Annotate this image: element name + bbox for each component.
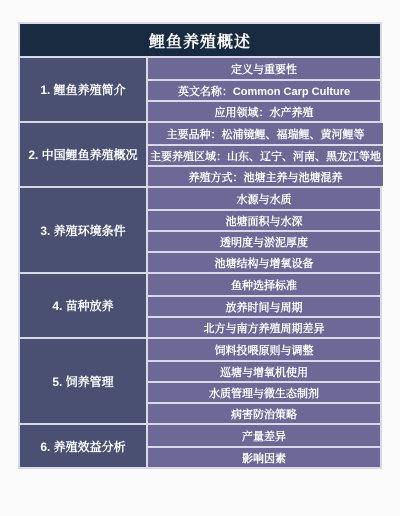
- detail-cell: 英文名称：Common Carp Culture: [148, 79, 380, 100]
- detail-rows: 定义与重要性 英文名称：Common Carp Culture 应用领域：水产养…: [148, 58, 380, 121]
- detail-cell: 主要养殖区域：山东、辽宁、河南、黑龙江等地: [148, 144, 383, 165]
- detail-cell: 鱼种选择标准: [148, 274, 380, 295]
- section-label: 1. 鲤鱼养殖简介: [20, 58, 148, 121]
- outline-table: 鲤鱼养殖概述 1. 鲤鱼养殖简介 定义与重要性 英文名称：Common Carp…: [18, 22, 382, 469]
- detail-cell: 主要品种：松浦镜鲤、福瑞鲤、黄河鲤等: [148, 123, 383, 144]
- detail-cell: 养殖方式：池塘主养与池塘混养: [148, 165, 383, 186]
- detail-cell: 放养时间与周期: [148, 295, 380, 316]
- detail-cell: 水源与水质: [148, 188, 380, 209]
- detail-rows: 水源与水质 池塘面积与水深 透明度与淤泥厚度 池塘结构与增氧设备: [148, 188, 380, 272]
- section-label: 6. 养殖效益分析: [20, 425, 148, 467]
- detail-cell: 影响因素: [148, 446, 380, 467]
- detail-cell: 产量差异: [148, 425, 380, 446]
- detail-cell: 饲料投喂原则与调整: [148, 339, 380, 360]
- detail-rows: 鱼种选择标准 放养时间与周期 北方与南方养殖周期差异: [148, 274, 380, 337]
- detail-cell: 应用领域：水产养殖: [148, 100, 380, 121]
- detail-cell: 定义与重要性: [148, 58, 380, 79]
- section-feeding-management: 5. 饲养管理 饲料投喂原则与调整 巡塘与增氧机使用 水质管理与微生态制剂 病害…: [20, 337, 380, 423]
- detail-rows: 产量差异 影响因素: [148, 425, 380, 467]
- table-title: 鲤鱼养殖概述: [20, 24, 380, 56]
- detail-cell: 病害防治策略: [148, 402, 380, 423]
- section-label: 5. 饲养管理: [20, 339, 148, 423]
- detail-rows: 主要品种：松浦镜鲤、福瑞鲤、黄河鲤等 主要养殖区域：山东、辽宁、河南、黑龙江等地…: [148, 123, 383, 186]
- section-label: 3. 养殖环境条件: [20, 188, 148, 272]
- detail-cell: 池塘面积与水深: [148, 209, 380, 230]
- detail-cell: 透明度与淤泥厚度: [148, 230, 380, 251]
- detail-cell: 水质管理与微生态制剂: [148, 381, 380, 402]
- detail-cell: 北方与南方养殖周期差异: [148, 316, 380, 337]
- section-label: 4. 苗种放养: [20, 274, 148, 337]
- section-introduction: 1. 鲤鱼养殖简介 定义与重要性 英文名称：Common Carp Cultur…: [20, 56, 380, 121]
- detail-cell: 池塘结构与增氧设备: [148, 251, 380, 272]
- section-environment: 3. 养殖环境条件 水源与水质 池塘面积与水深 透明度与淤泥厚度 池塘结构与增氧…: [20, 186, 380, 272]
- detail-cell: 巡塘与增氧机使用: [148, 360, 380, 381]
- detail-rows: 饲料投喂原则与调整 巡塘与增氧机使用 水质管理与微生态制剂 病害防治策略: [148, 339, 380, 423]
- section-china-overview: 2. 中国鲤鱼养殖概况 主要品种：松浦镜鲤、福瑞鲤、黄河鲤等 主要养殖区域：山东…: [20, 121, 380, 186]
- section-benefit-analysis: 6. 养殖效益分析 产量差异 影响因素: [20, 423, 380, 467]
- section-label: 2. 中国鲤鱼养殖概况: [20, 123, 148, 186]
- section-stocking: 4. 苗种放养 鱼种选择标准 放养时间与周期 北方与南方养殖周期差异: [20, 272, 380, 337]
